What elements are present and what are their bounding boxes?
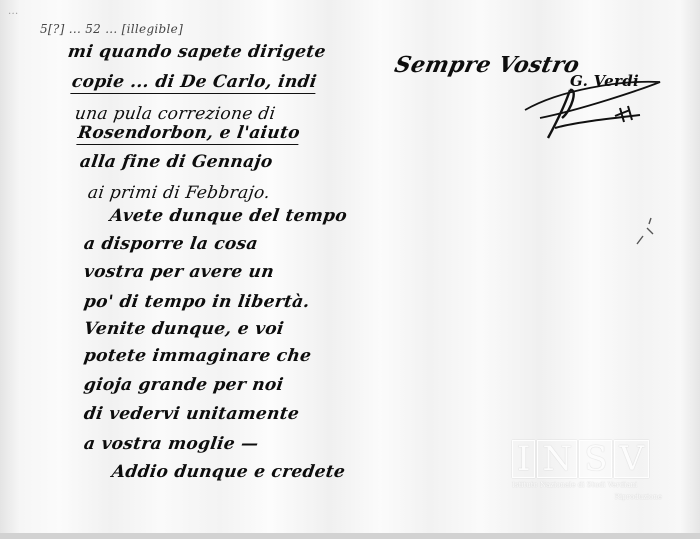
margin-ink-mark-icon xyxy=(635,210,660,250)
watermark-letter: N xyxy=(537,440,577,478)
body-line-3: una pula correzione di xyxy=(74,104,277,124)
body-line-2-text: copie ... di De Carlo, indi xyxy=(70,72,318,94)
watermark-logo: I N S V xyxy=(512,440,662,478)
letter-page: ... 5[?] ... 52 ... [illegible] mi quand… xyxy=(0,0,700,539)
body-line-2: copie ... di De Carlo, indi xyxy=(71,72,318,92)
watermark-note: Riproduzione xyxy=(512,493,662,502)
watermark: I N S V Istituto Nazionale di Studi Verd… xyxy=(512,440,662,500)
body-line-14: di vedervi unitamente xyxy=(83,404,301,424)
body-line-8: a disporre la cosa xyxy=(83,234,260,254)
body-line-7: Avete dunque del tempo xyxy=(109,206,349,226)
body-line-1: mi quando sapete dirigete xyxy=(67,42,327,62)
body-line-5: alla fine di Gennajo xyxy=(79,152,274,172)
watermark-letter: V xyxy=(614,440,649,478)
watermark-letter: I xyxy=(512,440,535,478)
body-line-6: ai primi di Febbrajo. xyxy=(87,183,272,203)
body-line-12: potete immaginare che xyxy=(83,346,313,366)
body-line-15: a vostra moglie — xyxy=(83,434,260,454)
body-line-4-text: Rosendorbon, e l'aiuto xyxy=(76,123,301,145)
body-line-4: Rosendorbon, e l'aiuto xyxy=(77,123,302,143)
body-line-13: gioja grande per noi xyxy=(83,375,285,395)
watermark-letter: S xyxy=(579,440,612,478)
paper-bottom-edge xyxy=(0,533,700,539)
watermark-institution: Istituto Nazionale di Studi Verdiani xyxy=(512,481,662,490)
body-line-10: po' di tempo in libertà. xyxy=(83,292,312,312)
margin-annotation-top-left: ... xyxy=(8,6,18,17)
header-annotation: 5[?] ... 52 ... [illegible] xyxy=(40,22,183,36)
signature-text: G. Verdi xyxy=(570,72,639,90)
body-line-9: vostra per avere un xyxy=(83,262,276,282)
body-line-16: Addio dunque e credete xyxy=(111,462,347,482)
body-line-11: Venite dunque, e voi xyxy=(83,319,286,339)
